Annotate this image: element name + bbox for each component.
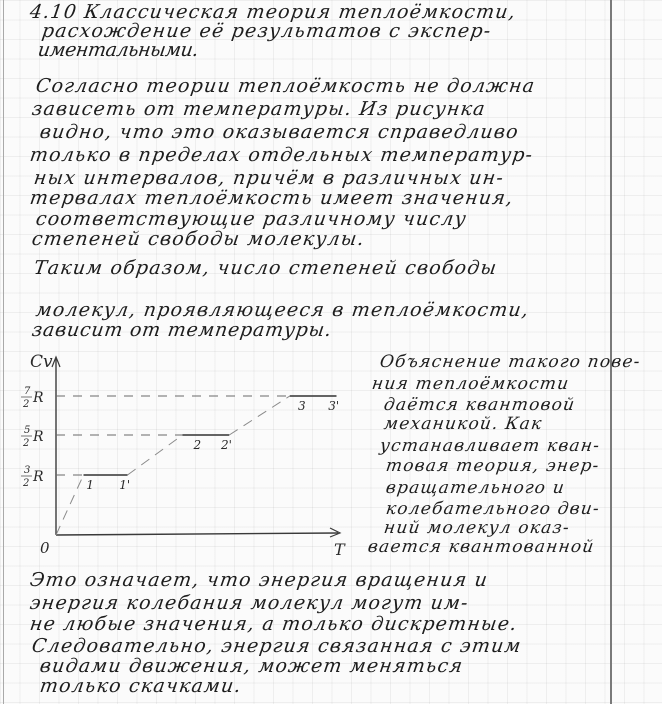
transition-segment xyxy=(56,475,84,535)
y-tick-numerator: 5 xyxy=(24,425,30,436)
plateau-label: 1' xyxy=(119,478,130,492)
paragraph-line: только скачками. xyxy=(39,676,244,696)
heat-capacity-chart: CvT032R52R72R11'22'33' xyxy=(0,345,360,560)
paragraph-line: ных интервалов, причём в различных ин- xyxy=(33,168,506,188)
side-explanation-line: вается квантованной xyxy=(367,537,596,557)
paragraph-line: не любые значения, а только дискретные. xyxy=(29,614,519,634)
y-tick-denominator: 2 xyxy=(22,478,29,489)
paragraph-line: видами движения, может меняться xyxy=(39,656,465,676)
problem-heading-line: 4.10 Классическая теория теплоёмкости, xyxy=(29,2,518,22)
plateau-label: 1 xyxy=(86,478,94,492)
paragraph-line: зависеть от температуры. Из рисунка xyxy=(31,99,488,119)
side-explanation-line: механикой. Как xyxy=(383,414,544,434)
paragraph-line: соответствующие различному числу xyxy=(35,209,469,229)
plateau-label: 2 xyxy=(193,438,202,452)
plateau-label: 2' xyxy=(220,438,232,452)
paragraph-line: зависит от температуры. xyxy=(31,320,334,340)
transition-segment xyxy=(229,396,290,435)
y-tick-unit: R xyxy=(32,429,44,445)
side-explanation-line: Объяснение такого пове- xyxy=(379,352,642,372)
plateau-label: 3' xyxy=(328,399,339,413)
origin-label: 0 xyxy=(40,539,50,557)
y-axis-label: Cv xyxy=(30,352,53,372)
y-tick-unit: R xyxy=(32,469,44,485)
y-tick-numerator: 3 xyxy=(24,465,30,476)
paragraph-line: только в пределах отдельных температур- xyxy=(29,145,535,165)
side-explanation-line: ния теплоёмкости xyxy=(371,374,571,394)
paragraph-line: энергия колебания молекул могут им- xyxy=(29,593,471,613)
paragraph-line: видно, что это оказывается справедливо xyxy=(39,122,521,142)
side-explanation-line: ний молекул оказ- xyxy=(383,518,572,538)
y-tick-denominator: 2 xyxy=(22,399,29,410)
paragraph-line: тервалах теплоёмкость имеет значения, xyxy=(29,188,515,208)
y-tick-numerator: 7 xyxy=(24,386,31,397)
x-axis xyxy=(56,533,338,535)
side-explanation-line: даётся квантовой xyxy=(383,395,577,415)
paragraph-line: Согласно теории теплоёмкость не должна xyxy=(35,76,537,96)
paragraph-line: степеней свободы молекулы. xyxy=(31,229,367,249)
x-axis-label: T xyxy=(334,540,346,559)
side-explanation-line: товая теория, энер- xyxy=(385,456,601,476)
side-explanation-line: устанавливает кван- xyxy=(379,436,602,456)
problem-heading-line: иментальными. xyxy=(37,40,200,60)
y-tick-denominator: 2 xyxy=(22,438,29,449)
paragraph-line: Таким образом, число степеней свободы xyxy=(33,258,499,278)
plateau-label: 3 xyxy=(298,399,306,413)
problem-heading-line: расхождение её результатов с экспер- xyxy=(41,21,493,41)
transition-segment xyxy=(128,435,183,475)
y-tick-unit: R xyxy=(32,390,44,406)
paragraph-line: Следовательно, энергия связанная с этим xyxy=(31,636,523,656)
side-explanation-line: колебательного дви- xyxy=(385,499,602,519)
paragraph-line: молекул, проявляющееся в теплоёмкости, xyxy=(35,300,531,320)
paragraph-line: Это означает, что энергия вращения и xyxy=(29,570,490,590)
side-explanation-line: вращательного и xyxy=(385,478,567,498)
